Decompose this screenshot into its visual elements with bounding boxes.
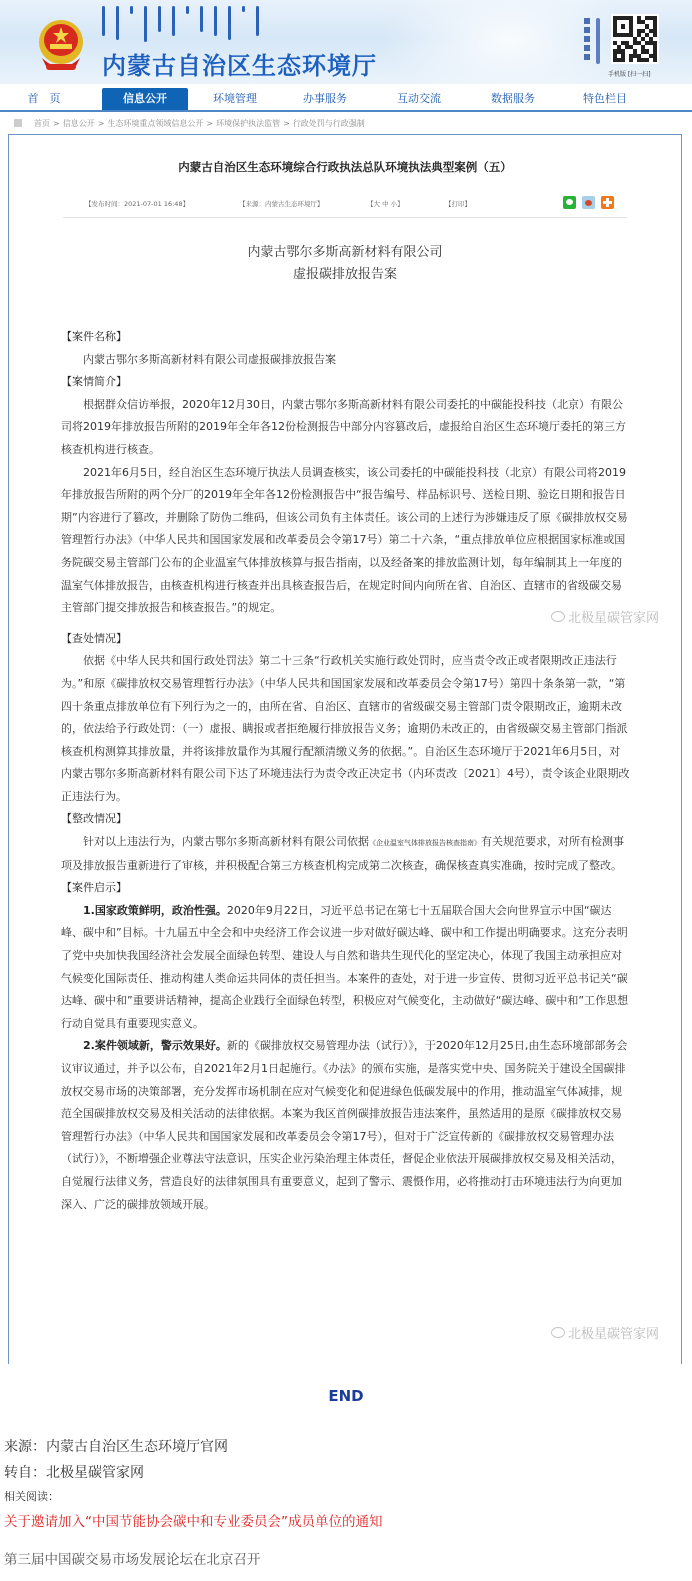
article-meta-row: 【发布时间：2021-07-01 16:48】 【来源：内蒙古生态环境厅】 【大… [63, 190, 627, 218]
nav-services[interactable]: 办事服务 [282, 88, 368, 110]
breadcrumb-key-areas[interactable]: 生态环境重点领域信息公开 [107, 118, 203, 129]
section-heading-case-intro: 【案情简介】 [61, 371, 631, 394]
wechat-icon[interactable] [563, 196, 576, 209]
watermark-text: 北极星碳管家网 [568, 1323, 659, 1342]
case-subtitle-case: 虚报碳排放报告案 [9, 264, 681, 286]
case-intro-paragraph-2: 2021年6月5日，经自治区生态环境厅执法人员调查核实，该公司委托的中碳能投科技… [61, 462, 631, 620]
penalty-paragraph: 依据《中华人民共和国行政处罚法》第二十三条“行政机关实施行政处罚时，应当责令改正… [61, 650, 631, 808]
breadcrumb: 首页 > 信息公开 > 生态环境重点领域信息公开 > 环境保护执法监管 > 行政… [0, 112, 692, 134]
article-container: 内蒙古自治区生态环境综合行政执法总队环境执法典型案例（五） 【发布时间：2021… [8, 134, 682, 1364]
rectification-paragraph: 针对以上违法行为，内蒙古鄂尔多斯高新材料有限公司依据《企业温室气体排放报告核查指… [61, 831, 631, 877]
breadcrumb-separator: > [283, 119, 290, 128]
repost-line: 转自：北极星碳管家网 [4, 1460, 688, 1486]
breadcrumb-separator: > [98, 119, 105, 128]
print-button[interactable]: 【打印】 [445, 199, 471, 208]
wechat-watermark-icon [551, 611, 565, 622]
publish-time: 【发布时间：2021-07-01 16:48】 [85, 199, 189, 208]
home-icon [14, 119, 22, 127]
related-link-carbon-committee[interactable]: 关于邀请加入“中国节能协会碳中和专业委员会”成员单位的通知 [4, 1508, 688, 1536]
watermark: 北极星碳管家网 [551, 1323, 659, 1342]
mongolian-script-vertical [596, 18, 600, 64]
nav-interaction[interactable]: 互动交流 [376, 88, 462, 110]
qr-caption: 手机版 [扫一扫] [608, 69, 651, 78]
insight-2-text: 新的《碳排放权交易管理办法（试行）》，于2020年12月25日,由生态环境部部务… [61, 1039, 627, 1210]
article-title: 内蒙古自治区生态环境综合行政执法总队环境执法典型案例（五） [9, 135, 681, 190]
mongolian-script-title [102, 6, 259, 42]
insight-1-lead: 1.国家政策鲜明，政治性强。 [83, 904, 227, 917]
nav-env-management[interactable]: 环境管理 [192, 88, 278, 110]
site-title[interactable]: 内蒙古自治区生态环境厅 [102, 46, 377, 81]
share-buttons [563, 196, 614, 209]
watermark-text: 北极星碳管家网 [568, 607, 659, 626]
nav-home[interactable]: 首 页 [16, 88, 72, 110]
more-share-icon[interactable] [601, 196, 614, 209]
insight-paragraph-1: 1.国家政策鲜明，政治性强。2020年9月22日，习近平总书记在第七十五届联合国… [61, 900, 631, 1036]
guideline-title-small: 《企业温室气体排放报告核查指南》 [369, 839, 481, 847]
source-line: 来源：内蒙古自治区生态环境厅官网 [4, 1434, 688, 1460]
section-heading-rectification: 【整改情况】 [61, 808, 631, 831]
breadcrumb-home[interactable]: 首页 [34, 118, 50, 129]
qr-code-icon [611, 14, 659, 64]
related-link-carbon-forum[interactable]: 第三届中国碳交易市场发展论坛在北京召开 [4, 1546, 688, 1574]
case-name-text: 内蒙古鄂尔多斯高新材料有限公司虚报碳排放报告案 [61, 349, 631, 372]
article-body: 【案件名称】 内蒙古鄂尔多斯高新材料有限公司虚报碳排放报告案 【案情简介】 根据… [61, 326, 631, 1216]
breadcrumb-enforcement[interactable]: 环境保护执法监管 [216, 118, 280, 129]
section-heading-case-name: 【案件名称】 [61, 326, 631, 349]
case-subtitle-company: 内蒙古鄂尔多斯高新材料有限公司 [9, 242, 681, 264]
breadcrumb-separator: > [206, 119, 213, 128]
end-marker: END [0, 1378, 692, 1414]
insight-paragraph-2: 2.案件领域新，警示效果好。新的《碳排放权交易管理办法（试行）》，于2020年1… [61, 1035, 631, 1216]
main-nav: 首 页 信息公开 环境管理 办事服务 互动交流 数据服务 特色栏目 [0, 84, 692, 112]
insight-2-lead: 2.案件领域新，警示效果好。 [83, 1039, 227, 1052]
related-reading-label: 相关阅读： [4, 1486, 688, 1508]
font-size-switcher[interactable]: 【大 中 小】 [367, 199, 404, 208]
national-emblem-icon [36, 18, 86, 74]
case-intro-paragraph-1: 根据群众信访举报，2020年12月30日，内蒙古鄂尔多斯高新材料有限公司委托的中… [61, 394, 631, 462]
insight-1-text: 2020年9月22日，习近平总书记在第七十五届联合国大会向世界宣示中国“碳达峰、… [61, 904, 628, 1030]
breadcrumb-info-disclosure[interactable]: 信息公开 [63, 118, 95, 129]
rectification-text-before: 针对以上违法行为，内蒙古鄂尔多斯高新材料有限公司依据 [83, 835, 369, 848]
breadcrumb-separator: > [53, 119, 60, 128]
repost-footer: 来源：内蒙古自治区生态环境厅官网 转自：北极星碳管家网 相关阅读： 关于邀请加入… [0, 1414, 692, 1574]
wechat-watermark-icon [551, 1327, 565, 1338]
section-heading-insights: 【案件启示】 [61, 877, 631, 900]
nav-data-services[interactable]: 数据服务 [470, 88, 556, 110]
article-source: 【来源：内蒙古生态环境厅】 [239, 199, 324, 208]
nav-info-disclosure[interactable]: 信息公开 [102, 88, 188, 110]
site-header-banner: 内蒙古自治区生态环境厅 手机版 [扫一扫] [0, 0, 692, 84]
nav-featured[interactable]: 特色栏目 [562, 88, 648, 110]
case-subtitle: 内蒙古鄂尔多斯高新材料有限公司 虚报碳排放报告案 [9, 242, 681, 286]
weibo-icon[interactable] [582, 196, 595, 209]
breadcrumb-penalty[interactable]: 行政处罚与行政强制 [293, 118, 365, 129]
mongolian-version-link[interactable] [584, 18, 592, 64]
section-heading-penalty: 【查处情况】 [61, 628, 631, 651]
watermark: 北极星碳管家网 [551, 607, 659, 626]
